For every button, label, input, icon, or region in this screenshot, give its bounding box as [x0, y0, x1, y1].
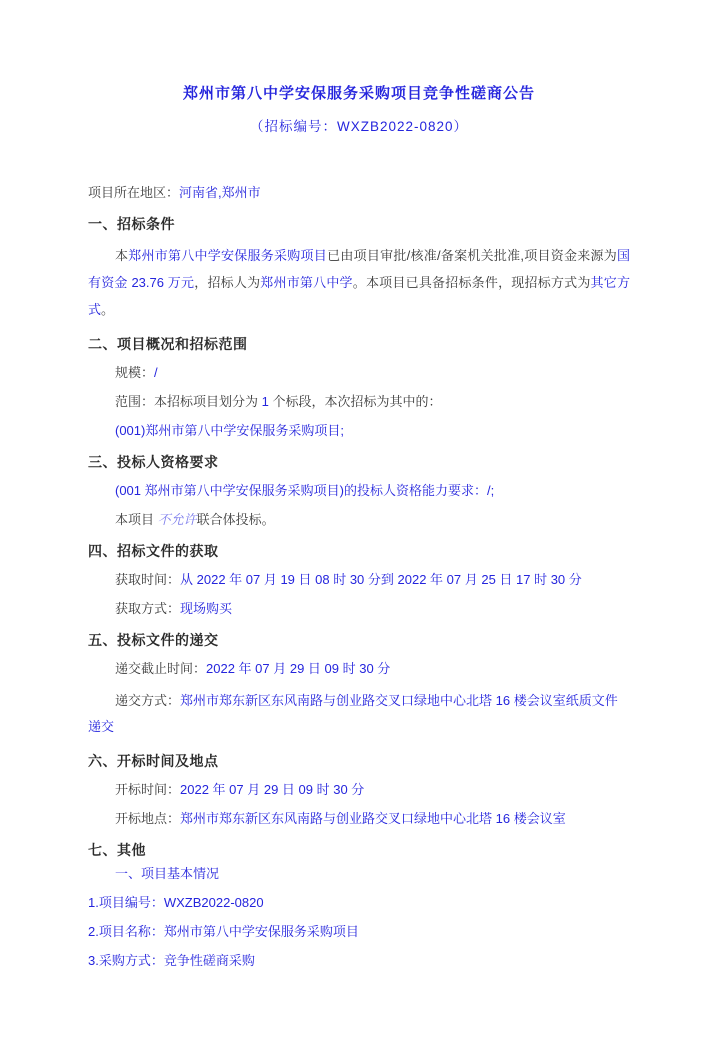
lot-line: (001)郑州市第八中学安保服务采购项目;	[115, 421, 630, 441]
bidding-conditions-paragraph: 本郑州市第八中学安保服务采购项目已由项目审批/核准/备案机关批准,项目资金来源为…	[88, 242, 630, 323]
section-heading-bid-submission: 五、投标文件的递交	[88, 630, 630, 650]
section-heading-bidding-conditions: 一、招标条件	[88, 214, 630, 234]
submission-method-line: 递交方式：郑州市郑东新区东风南路与创业路交叉口绿地中心北塔 16 楼会议室纸质文…	[88, 688, 630, 740]
scope-line: 范围：本招标项目划分为 1 个标段，本次招标为其中的：	[115, 392, 630, 412]
section-heading-other: 七、其他	[88, 840, 630, 860]
section-heading-bid-opening: 六、开标时间及地点	[88, 751, 630, 771]
acquisition-method-line: 获取方式：现场购买	[115, 599, 630, 619]
section-heading-bidder-qualification: 三、投标人资格要求	[88, 452, 630, 472]
project-number-line: 1.项目编号：WXZB2022-0820	[88, 893, 630, 913]
consortium-bid-line: 本项目 不允许联合体投标。	[115, 510, 630, 530]
opening-location-line: 开标地点：郑州市郑东新区东风南路与创业路交叉口绿地中心北塔 16 楼会议室	[115, 809, 630, 829]
procurement-method-line: 3.采购方式：竞争性磋商采购	[88, 951, 630, 971]
tender-announcement-document: 郑州市第八中学安保服务采购项目竞争性磋商公告 （招标编号：WXZB2022-08…	[0, 0, 718, 971]
qualification-requirement-line: (001 郑州市第八中学安保服务采购项目)的投标人资格能力要求：/;	[115, 481, 630, 501]
tender-number-line: （招标编号：WXZB2022-0820）	[88, 117, 630, 137]
acquisition-time-line: 获取时间：从 2022 年 07 月 19 日 08 时 30 分到 2022 …	[115, 570, 630, 590]
submission-deadline-line: 递交截止时间：2022 年 07 月 29 日 09 时 30 分	[115, 659, 630, 679]
document-title: 郑州市第八中学安保服务采购项目竞争性磋商公告	[88, 84, 630, 104]
project-location-line: 项目所在地区：河南省,郑州市	[88, 183, 630, 203]
project-name-line: 2.项目名称：郑州市第八中学安保服务采购项目	[88, 922, 630, 942]
basic-info-subheading: 一、项目基本情况	[115, 864, 630, 884]
section-heading-document-acquisition: 四、招标文件的获取	[88, 541, 630, 561]
opening-time-line: 开标时间：2022 年 07 月 29 日 09 时 30 分	[115, 780, 630, 800]
section-heading-project-overview: 二、项目概况和招标范围	[88, 334, 630, 354]
scale-line: 规模：/	[115, 363, 630, 383]
